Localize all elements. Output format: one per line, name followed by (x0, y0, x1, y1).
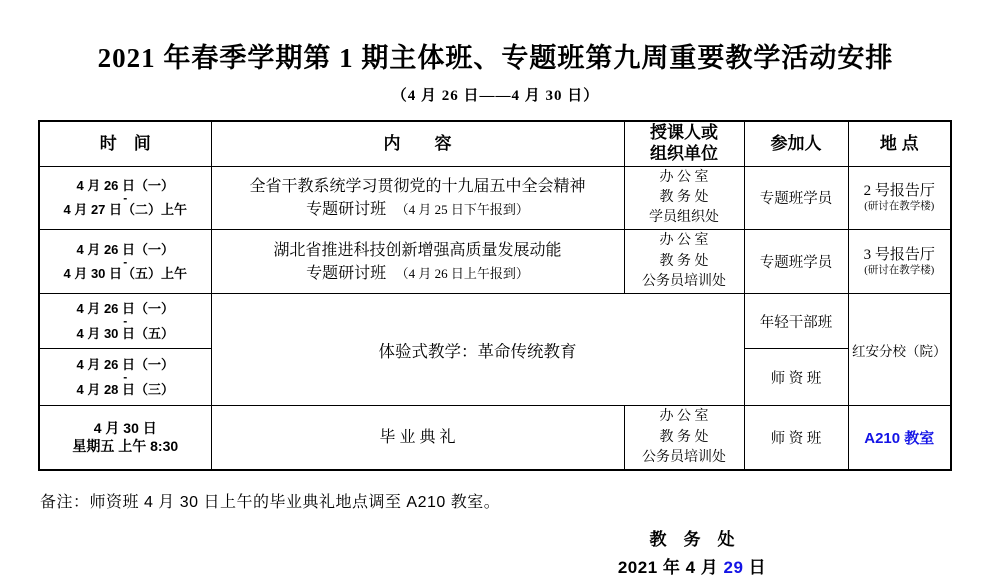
organizer-line: 办 公 室 (627, 231, 742, 251)
time-line: 星期五 上午 8:30 (42, 438, 209, 456)
organizer-line: 办 公 室 (627, 407, 742, 427)
header-content: 内 容 (211, 121, 624, 166)
location-cell: 3 号报告厅 (研讨在教学楼) (848, 230, 951, 294)
organizer-line: 公务员培训处 (627, 272, 742, 292)
time-dash: - (42, 374, 209, 381)
content-title: 全省干教系统学习贯彻党的十九届五中全会精神 (214, 175, 622, 198)
time-line: 4 月 30 日 (42, 420, 209, 438)
time-cell: 4 月 26 日（一） - 4 月 30 日（五）上午 (39, 230, 211, 294)
content-cell: 全省干教系统学习贯彻党的十九届五中全会精神 专题研讨班 （4 月 25 日下午报… (211, 166, 624, 230)
date-suffix: 日 (743, 558, 766, 577)
content-subline: 专题研讨班 （4 月 26 日上午报到） (214, 262, 622, 285)
content-cell: 毕 业 典 礼 (211, 406, 624, 470)
time-line: 4 月 27 日（二）上午 (42, 201, 209, 219)
time-cell: 4 月 26 日（一） - 4 月 27 日（二）上午 (39, 166, 211, 230)
time-dash: - (42, 259, 209, 266)
time-cell: 4 月 30 日 星期五 上午 8:30 (39, 406, 211, 470)
table-row: 4 月 26 日（一） - 4 月 30 日（五） 体验式教学：革命传统教育 年… (39, 294, 951, 349)
date-day-highlight: 29 (724, 558, 744, 577)
content-note: （4 月 25 日下午报到） (402, 202, 529, 217)
organizer-cell: 办 公 室 教 务 处 学员组织处 (624, 166, 744, 230)
header-organizer: 授课人或 组织单位 (624, 121, 744, 166)
organizer-line: 教 务 处 (627, 188, 742, 208)
time-dash: - (42, 318, 209, 325)
time-line: 4 月 28 日（三） (42, 381, 209, 399)
schedule-table: 时 间 内 容 授课人或 组织单位 参加人 地 点 4 月 26 日（一） - … (38, 120, 952, 471)
location-main: 3 号报告厅 (851, 246, 949, 266)
participants-cell: 师 资 班 (744, 349, 848, 406)
time-cell: 4 月 26 日（一） - 4 月 28 日（三） (39, 349, 211, 406)
location-note: (研讨在教学楼) (851, 201, 949, 214)
content-note: （4 月 26 日上午报到） (402, 266, 529, 281)
participants-cell: 专题班学员 (744, 166, 848, 230)
header-time: 时 间 (39, 121, 211, 166)
table-header-row: 时 间 内 容 授课人或 组织单位 参加人 地 点 (39, 121, 951, 166)
location-note: (研讨在教学楼) (851, 265, 949, 278)
organizer-cell: 办 公 室 教 务 处 公务员培训处 (624, 406, 744, 470)
content-subline: 专题研讨班 （4 月 25 日下午报到） (214, 198, 622, 221)
table-row: 4 月 26 日（一） - 4 月 27 日（二）上午 全省干教系统学习贯彻党的… (39, 166, 951, 230)
header-organizer-line1: 授课人或 (627, 123, 742, 143)
header-participants: 参加人 (744, 121, 848, 166)
organizer-line: 公务员培训处 (627, 448, 742, 468)
signature-date: 2021 年 4 月 29 日 (567, 553, 817, 578)
table-row: 4 月 26 日（一） - 4 月 30 日（五）上午 湖北省推进科技创新增强高… (39, 230, 951, 294)
location-cell-highlight: A210 教室 (848, 406, 951, 470)
time-line: 4 月 30 日（五）上午 (42, 265, 209, 283)
page-subtitle: （4 月 26 日——4 月 30 日） (0, 84, 991, 105)
content-cell: 湖北省推进科技创新增强高质量发展动能 专题研讨班 （4 月 26 日上午报到） (211, 230, 624, 294)
organizer-line: 办 公 室 (627, 168, 742, 188)
date-prefix: 2021 年 4 月 (618, 558, 724, 577)
organizer-line: 教 务 处 (627, 428, 742, 448)
participants-cell: 年轻干部班 (744, 294, 848, 349)
location-main: 2 号报告厅 (851, 182, 949, 202)
organizer-line: 学员组织处 (627, 208, 742, 228)
page-title: 2021 年春季学期第 1 期主体班、专题班第九周重要教学活动安排 (0, 36, 991, 75)
participants-cell: 师 资 班 (744, 406, 848, 470)
time-cell: 4 月 26 日（一） - 4 月 30 日（五） (39, 294, 211, 349)
location-cell: 红安分校（院） (848, 294, 951, 406)
time-line: 4 月 30 日（五） (42, 325, 209, 343)
organizer-cell: 办 公 室 教 务 处 公务员培训处 (624, 230, 744, 294)
experiential-teaching-cell: 体验式教学：革命传统教育 (211, 294, 744, 406)
content-sub: 专题研讨班 (306, 201, 386, 218)
organizer-line: 教 务 处 (627, 252, 742, 272)
participants-cell: 专题班学员 (744, 230, 848, 294)
location-cell: 2 号报告厅 (研讨在教学楼) (848, 166, 951, 230)
header-organizer-line2: 组织单位 (627, 144, 742, 164)
signature-block: 教 务 处 2021 年 4 月 29 日 (567, 525, 817, 578)
content-sub: 专题研讨班 (306, 265, 386, 282)
table-row: 4 月 30 日 星期五 上午 8:30 毕 业 典 礼 办 公 室 教 务 处… (39, 406, 951, 470)
time-dash: - (42, 195, 209, 202)
signature-department: 教 务 处 (567, 525, 817, 550)
header-location: 地 点 (848, 121, 951, 166)
remark-note: 备注：师资班 4 月 30 日上午的毕业典礼地点调至 A210 教室。 (40, 489, 991, 512)
content-title: 湖北省推进科技创新增强高质量发展动能 (214, 239, 622, 262)
